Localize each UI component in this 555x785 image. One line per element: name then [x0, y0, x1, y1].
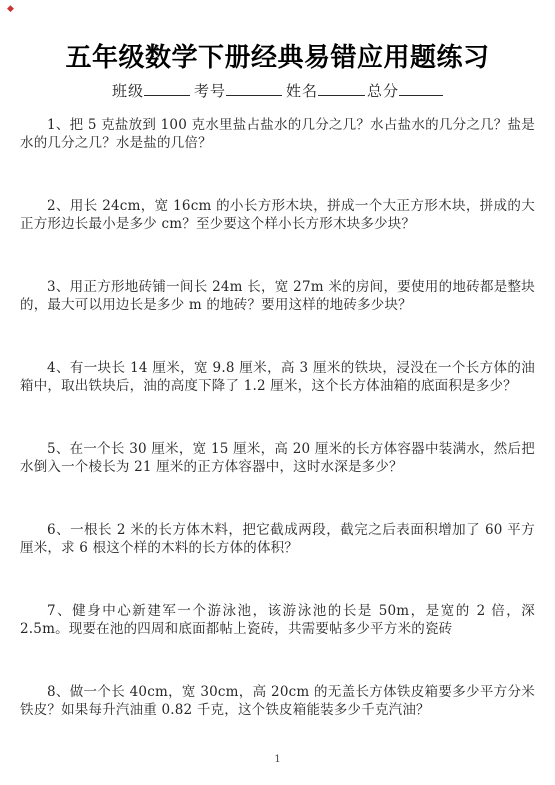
exam-number-label: 考号 — [194, 82, 226, 100]
exam-number-field: 考号 — [194, 81, 286, 101]
worksheet-page: ◆ 五年级数学下册经典易错应用题练习 班级考号姓名总分 1、把 5 克盐放到 1… — [0, 0, 555, 785]
exam-number-blank — [226, 81, 282, 96]
page-title: 五年级数学下册经典易错应用题练习 — [0, 0, 555, 72]
problem-4: 4、有一块长 14 厘米，宽 9.8 厘米，高 3 厘米的铁块，浸没在一个长方体… — [20, 359, 535, 395]
total-score-field: 总分 — [367, 81, 443, 101]
corner-mark-icon: ◆ — [7, 5, 14, 14]
name-label: 姓名 — [286, 82, 318, 100]
name-field: 姓名 — [286, 81, 367, 101]
page-number: 1 — [0, 754, 555, 765]
problem-2: 2、用长 24cm，宽 16cm 的小长方形木块，拼成一个大正方形木块，拼成的大… — [20, 197, 535, 233]
problem-1: 1、把 5 克盐放到 100 克水里盐占盐水的几分之几？水占盐水的几分之几？盐是… — [20, 116, 535, 152]
total-score-blank — [399, 81, 443, 96]
problem-5: 5、在一个长 30 厘米，宽 15 厘米，高 20 厘米的长方体容器中装满水，然… — [20, 440, 535, 476]
class-blank — [144, 81, 190, 96]
class-field: 班级 — [112, 81, 194, 101]
problem-7: 7、健身中心新建军一个游泳池，该游泳池的长是 50m，是宽的 2 倍，深 2.5… — [20, 602, 535, 638]
problem-3: 3、用正方形地砖铺一间长 24m 长，宽 27m 米的房间，要使用的地砖都是整块… — [20, 278, 535, 314]
problem-8: 8、做一个长 40cm，宽 30cm，高 20cm 的无盖长方体铁皮箱要多少平方… — [20, 683, 535, 719]
name-blank — [318, 81, 365, 96]
total-score-label: 总分 — [367, 82, 399, 100]
class-label: 班级 — [112, 82, 144, 100]
problem-6: 6、一根长 2 米的长方体木料，把它截成两段，截完之后表面积增加了 60 平方厘… — [20, 521, 535, 557]
problem-list: 1、把 5 克盐放到 100 克水里盐占盐水的几分之几？水占盐水的几分之几？盐是… — [0, 116, 555, 719]
student-info-line: 班级考号姓名总分 — [0, 81, 555, 101]
